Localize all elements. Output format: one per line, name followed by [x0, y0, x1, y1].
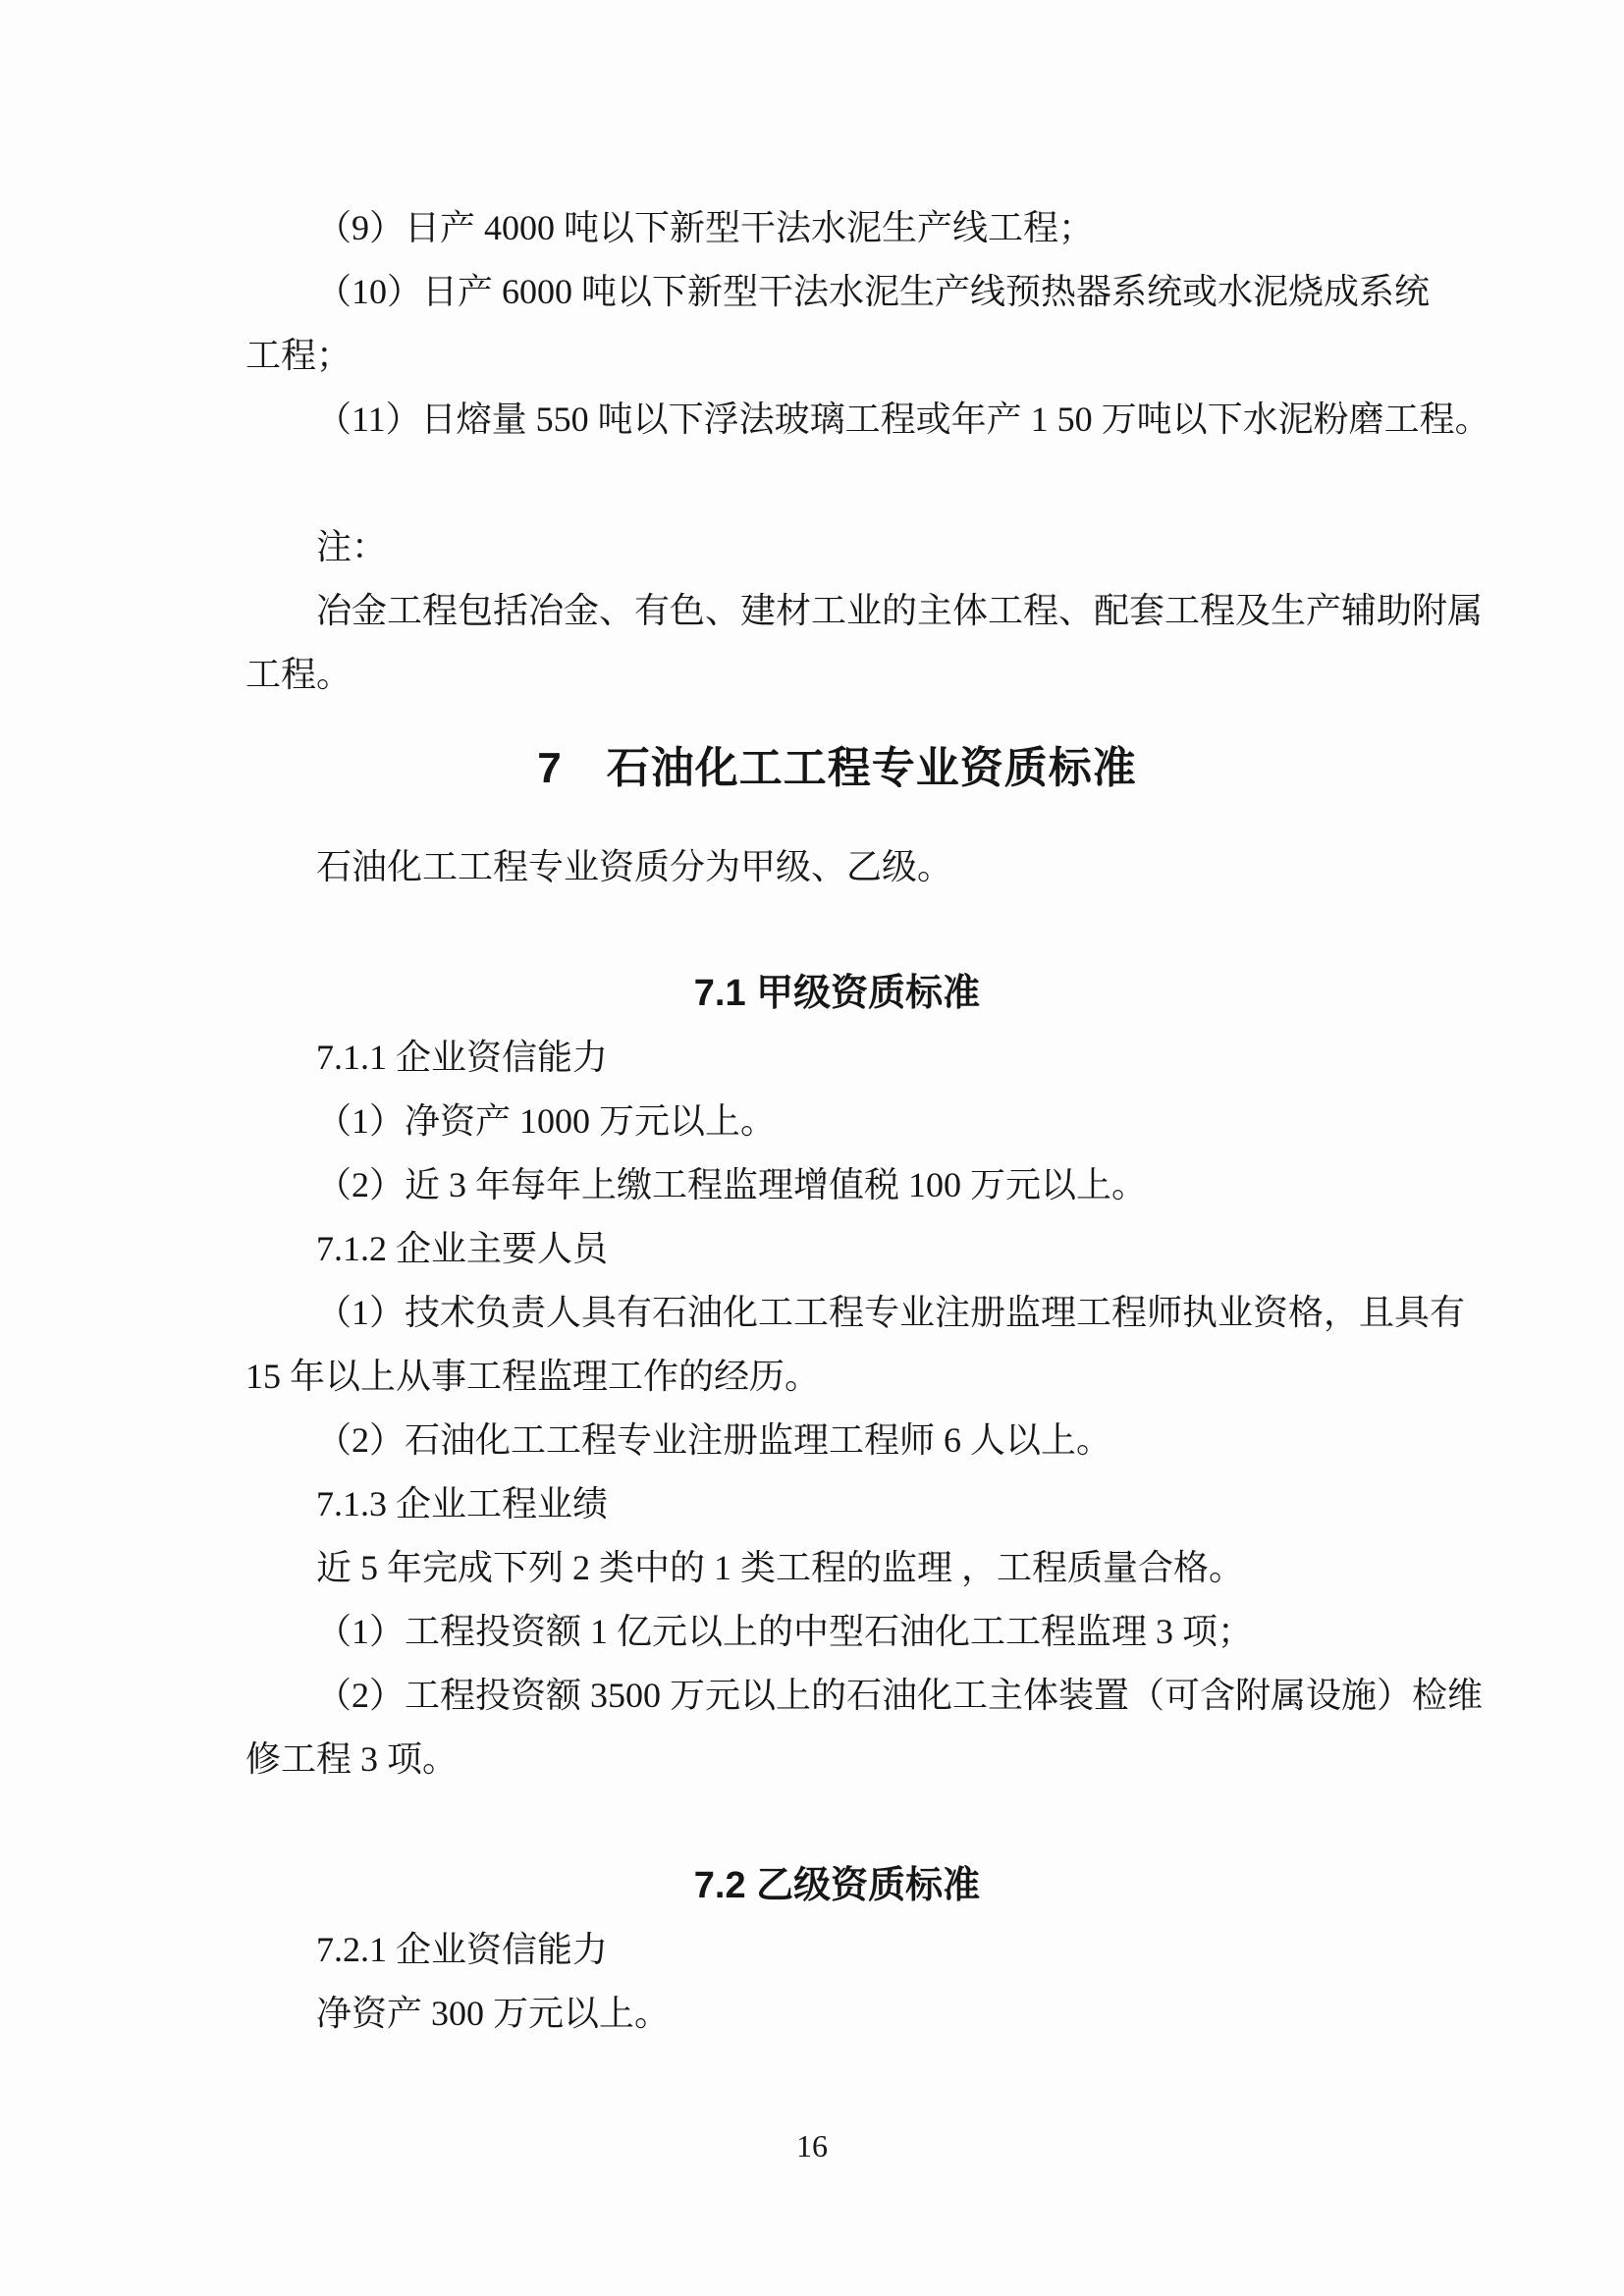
paragraph-line: 近 5 年完成下列 2 类中的 1 类工程的监理 ，工程质量合格。 — [245, 1543, 1499, 1592]
paragraph-line: 石油化工工程专业资质分为甲级、乙级。 — [245, 842, 1499, 891]
paragraph-line: （2）近 3 年每年上缴工程监理增值税 100 万元以上。 — [245, 1160, 1499, 1209]
paragraph-line: （1）净资产 1000 万元以上。 — [245, 1096, 1499, 1146]
paragraph-line: （2）石油化工工程专业注册监理工程师 6 人以上。 — [245, 1415, 1499, 1465]
paragraph-line: （1）技术负责人具有石油化工工程专业注册监理工程师执业资格，且具有 — [245, 1288, 1499, 1337]
page-number: 16 — [0, 2127, 1624, 2164]
paragraph-line: 7.1.3 企业工程业绩 — [245, 1479, 1499, 1528]
paragraph-line: 7.1.2 企业主要人员 — [245, 1224, 1499, 1273]
section-heading: 7.2 乙级资质标准 — [245, 1858, 1429, 1913]
paragraph-line: 注： — [245, 522, 1499, 571]
paragraph-line: 7.2.1 企业资信能力 — [245, 1925, 1499, 1974]
paragraph-line: 净资产 300 万元以上。 — [245, 1989, 1499, 2038]
document-page: （9）日产 4000 吨以下新型干法水泥生产线工程；（10）日产 6000 吨以… — [0, 0, 1624, 2296]
paragraph-line: （10）日产 6000 吨以下新型干法水泥生产线预热器系统或水泥烧成系统 — [245, 267, 1499, 316]
paragraph-line: 7.1.1 企业资信能力 — [245, 1033, 1499, 1082]
paragraph-line: 修工程 3 项。 — [245, 1735, 1429, 1784]
section-heading: 7.1 甲级资质标准 — [245, 966, 1429, 1021]
chapter-heading: 7 石油化工工程专业资质标准 — [245, 739, 1429, 798]
paragraph-line: 15 年以上从事工程监理工作的经历。 — [245, 1352, 1429, 1401]
paragraph-line: 工程。 — [245, 650, 1429, 699]
paragraph-line: 冶金工程包括冶金、有色、建材工业的主体工程、配套工程及生产辅助附属 — [245, 586, 1499, 635]
paragraph-line: （2）工程投资额 3500 万元以上的石油化工主体装置（可含附属设施）检维 — [245, 1671, 1499, 1720]
paragraph-line: （1）工程投资额 1 亿元以上的中型石油化工工程监理 3 项； — [245, 1607, 1499, 1656]
paragraph-line: （11）日熔量 550 吨以下浮法玻璃工程或年产 1 50 万吨以下水泥粉磨工程… — [245, 395, 1499, 444]
paragraph-line: （9）日产 4000 吨以下新型干法水泥生产线工程； — [245, 203, 1499, 252]
paragraph-line: 工程； — [245, 331, 1429, 380]
